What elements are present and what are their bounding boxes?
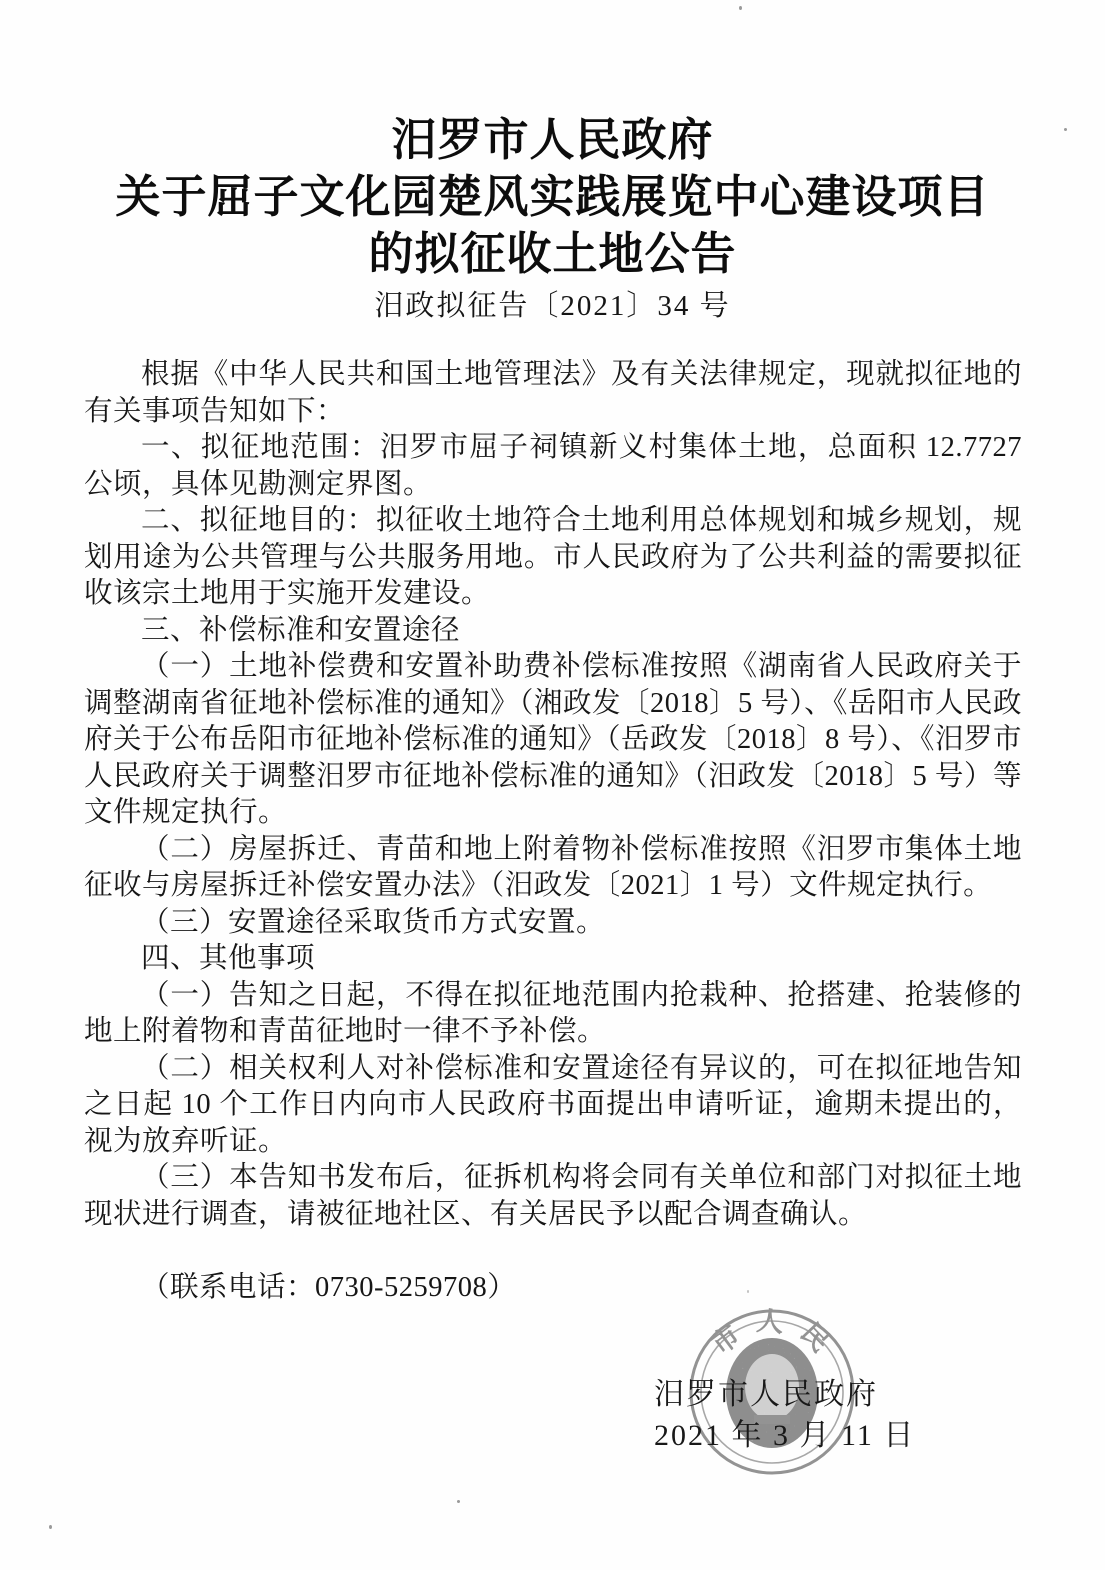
title-line-1: 汨罗市人民政府 [0, 112, 1105, 169]
signature-block: 汨罗市人民政府 2021 年 3 月 11 日 [654, 1374, 915, 1456]
paragraph-compensation-1: （一）土地补偿费和安置补助费补偿标准按照《湖南省人民政府关于调整湖南省征地补偿标… [84, 649, 1022, 832]
scan-artifact [739, 6, 742, 10]
document-title: 汨罗市人民政府 关于屈子文化园楚风实践展览中心建设项目 的拟征收土地公告 [0, 112, 1105, 283]
document-page: 汨罗市人民政府 关于屈子文化园楚风实践展览中心建设项目 的拟征收土地公告 汨政拟… [0, 0, 1105, 1570]
scan-artifact [49, 1525, 52, 1529]
title-line-3: 的拟征收土地公告 [0, 226, 1105, 283]
title-line-2: 关于屈子文化园楚风实践展览中心建设项目 [0, 169, 1105, 226]
paragraph-other-1: （一）告知之日起，不得在拟征地范围内抢栽种、抢搭建、抢装修的地上附着物和青苗征地… [84, 978, 1022, 1051]
paragraph-other-heading: 四、其他事项 [84, 941, 1022, 978]
paragraph-other-2: （二）相关权利人对补偿标准和安置途径有异议的，可在拟征地告知之日起 10 个工作… [84, 1051, 1022, 1161]
paragraph-compensation-heading: 三、补偿标准和安置途径 [84, 613, 1022, 650]
paragraph-scope: 一、拟征地范围：汨罗市屈子祠镇新义村集体土地，总面积 12.7727 公顷，具体… [84, 430, 1022, 503]
paragraph-purpose: 二、拟征地目的：拟征收土地符合土地利用总体规划和城乡规划，规划用途为公共管理与公… [84, 503, 1022, 613]
document-number: 汨政拟征告〔2021〕34 号 [0, 283, 1105, 324]
signature-date: 2021 年 3 月 11 日 [654, 1415, 915, 1456]
paragraph-intro: 根据《中华人民共和国土地管理法》及有关法律规定，现就拟征地的有关事项告知如下： [84, 357, 1022, 430]
paragraph-compensation-3: （三）安置途径采取货币方式安置。 [84, 905, 1022, 942]
signature-issuer: 汨罗市人民政府 [654, 1374, 915, 1415]
scan-artifact [1064, 128, 1067, 131]
paragraph-other-3: （三）本告知书发布后，征拆机构将会同有关单位和部门对拟征土地现状进行调查，请被征… [84, 1160, 1022, 1233]
document-body: 根据《中华人民共和国土地管理法》及有关法律规定，现就拟征地的有关事项告知如下： … [84, 357, 1022, 1307]
contact-line: （联系电话：0730-5259708） [84, 1270, 1022, 1307]
paragraph-compensation-2: （二）房屋拆迁、青苗和地上附着物补偿标准按照《汨罗市集体土地征收与房屋拆迁补偿安… [84, 832, 1022, 905]
scan-artifact [457, 1500, 460, 1503]
